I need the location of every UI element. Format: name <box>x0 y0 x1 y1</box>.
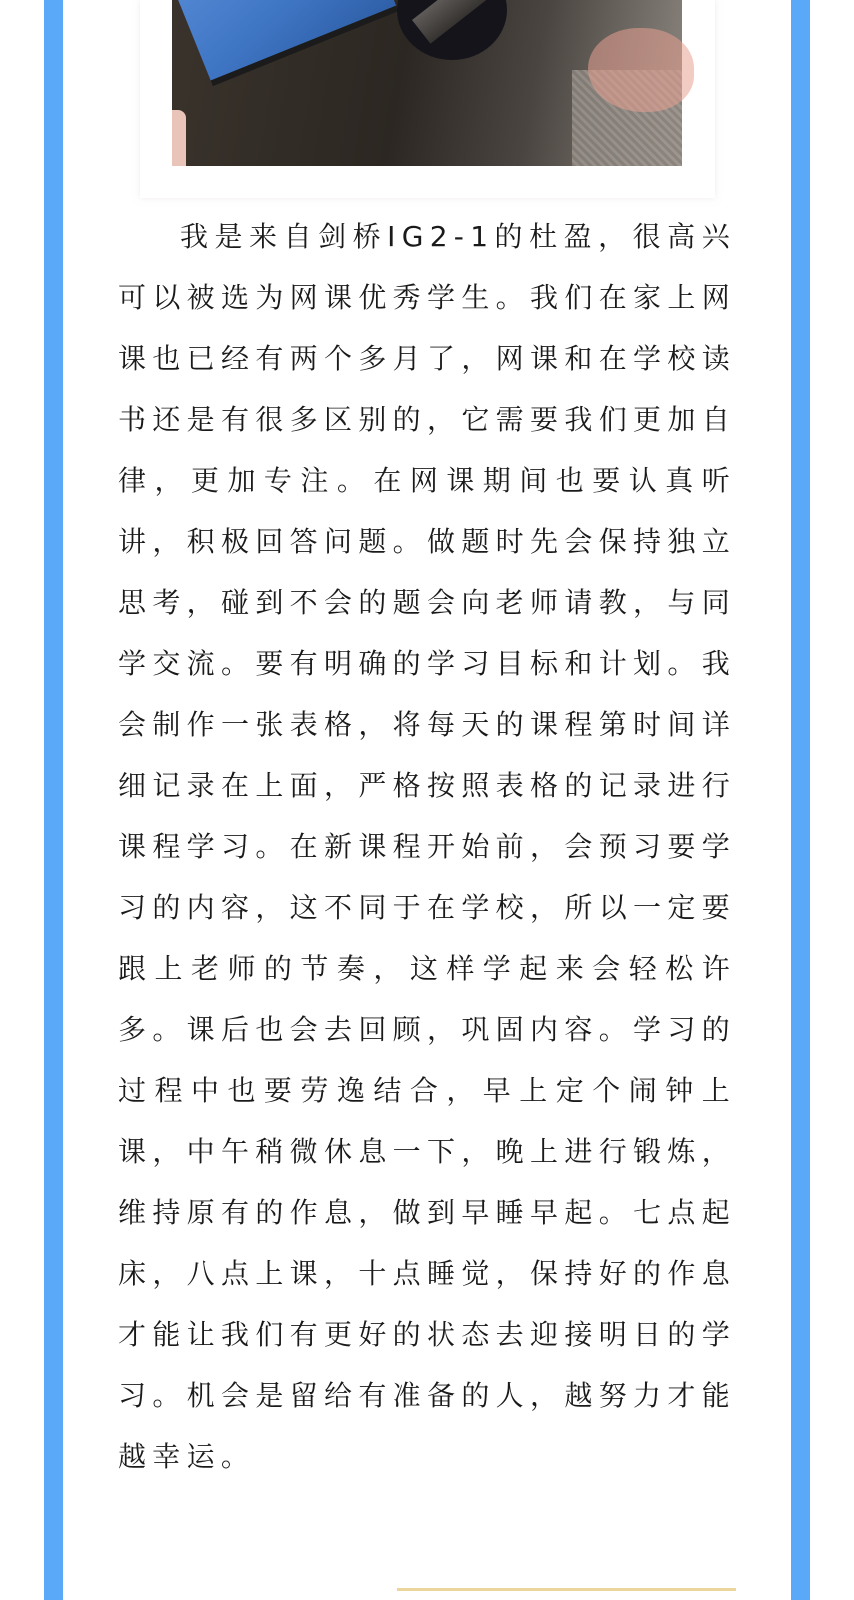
finger-shape <box>172 110 186 166</box>
textbook-cover: AS & A Pure Ma <box>172 0 398 86</box>
left-accent-bar <box>44 0 63 1600</box>
divider-line <box>397 1588 736 1591</box>
decorative-circle <box>588 28 694 112</box>
right-accent-bar <box>791 0 810 1600</box>
article-paragraph: 我是来自剑桥IG2-1的杜盈，很高兴可以被选为网课优秀学生。我们在家上网课也已经… <box>118 206 736 1487</box>
